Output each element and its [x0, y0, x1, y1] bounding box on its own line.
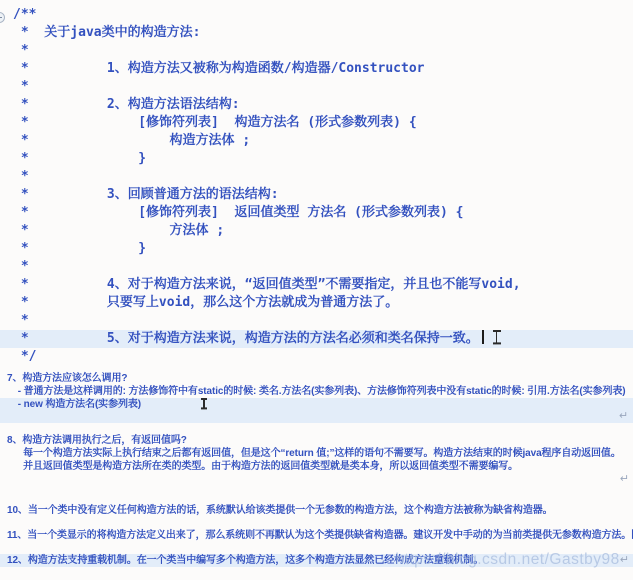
note-line-text: 10、当一个类中没有定义任何构造方法的话，系统默认给该类提供一个无参数的构造方法… [7, 505, 553, 516]
note-line-text: 并且返回值类型是构造方法所在类的类型。由于构造方法的返回值类型就是类本身，所以返… [7, 461, 518, 472]
comment-line[interactable]: /** [0, 6, 633, 24]
note-line[interactable]: 每一个构造方法实际上执行结束之后都有返回值，但是这个“return 值;”这样的… [0, 447, 633, 460]
comment-line[interactable]: * } [0, 240, 633, 258]
comment-line-text: * 构造方法体 ; [13, 133, 250, 148]
comment-line-text: * } [13, 241, 146, 256]
comment-line-text: * 方法体 ; [13, 223, 224, 238]
note-line-text: - 普通方法是这样调用的: 方法修饰符中有static的时候: 类名.方法名(实… [7, 386, 625, 397]
comment-line-text: * [13, 313, 29, 328]
comment-line[interactable]: * [0, 42, 633, 60]
comment-line[interactable]: * 4、对于构造方法来说，“返回值类型”不需要指定，并且也不能写void, [0, 276, 633, 294]
return-mark-icon: ↵ [620, 472, 629, 485]
comment-line-text: * [13, 79, 29, 94]
comment-line[interactable]: * [修饰符列表] 构造方法名 (形式参数列表) { [0, 114, 633, 132]
comment-line-text: * [修饰符列表] 返回值类型 方法名 (形式参数列表) { [13, 205, 464, 220]
comment-line[interactable]: * 方法体 ; [0, 222, 633, 240]
return-mark-icon: ↵ [619, 411, 628, 422]
ibeam-cursor [201, 398, 207, 409]
note-line[interactable]: 并且返回值类型是构造方法所在类的类型。由于构造方法的返回值类型就是类本身，所以返… [0, 460, 633, 473]
comment-line[interactable]: * 5、对于构造方法来说，构造方法的方法名必须和类名保持一致。 [0, 330, 633, 348]
comment-line[interactable]: * 关于java类中的构造方法: [0, 24, 633, 42]
code-editor: /** * 关于java类中的构造方法: * * 1、构造方法又被称为构造函数/… [0, 6, 633, 366]
comment-line-text: * 2、构造方法语法结构: [13, 97, 240, 112]
comment-line[interactable]: * 3、回顾普通方法的语法结构: [0, 186, 633, 204]
javadoc-comment-block: /** * 关于java类中的构造方法: * * 1、构造方法又被称为构造函数/… [0, 6, 633, 366]
comment-line-text: * 5、对于构造方法来说，构造方法的方法名必须和类名保持一致。 [13, 331, 479, 346]
comment-line[interactable]: * 构造方法体 ; [0, 132, 633, 150]
comment-line-text: * [13, 43, 29, 58]
note-line-text: 7、构造方法应该怎么调用? [7, 373, 127, 384]
comment-line-text: * 关于java类中的构造方法: [13, 25, 200, 40]
note-line[interactable]: 11、当一个类显示的将构造方法定义出来了，那么系统则不再默认为这个类提供缺省构造… [0, 529, 633, 542]
note-line[interactable]: 10、当一个类中没有定义任何构造方法的话，系统默认给该类提供一个无参数的构造方法… [0, 504, 633, 517]
note-line-text: - new 构造方法名(实参列表) [7, 399, 141, 410]
comment-line[interactable]: * [0, 168, 633, 186]
note-line[interactable]: 7、构造方法应该怎么调用? [0, 372, 633, 385]
note-line-text: 每一个构造方法实际上执行结束之后都有返回值，但是这个“return 值;”这样的… [7, 448, 621, 459]
note-line[interactable]: 8、构造方法调用执行之后，有返回值吗? [0, 434, 633, 447]
comment-line-text: * 3、回顾普通方法的语法结构: [13, 187, 279, 202]
comment-line-text: */ [13, 349, 36, 364]
csdn-watermark: https://blog.csdn.net/Gastby98↵ [395, 551, 629, 569]
note-line-text: 11、当一个类显示的将构造方法定义出来了，那么系统则不再默认为这个类提供缺省构造… [7, 530, 633, 541]
comment-line[interactable]: * } [0, 150, 633, 168]
comment-line[interactable]: * 1、构造方法又被称为构造函数/构造器/Constructor [0, 60, 633, 78]
return-mark-icon: ↵ [620, 554, 629, 566]
comment-line[interactable]: * [0, 78, 633, 96]
comment-line-text: * [13, 169, 29, 184]
comment-line[interactable]: * 只要写上void，那么这个方法就成为普通方法了。 [0, 294, 633, 312]
text-caret [482, 330, 484, 344]
note-section: 11、当一个类显示的将构造方法定义出来了，那么系统则不再默认为这个类提供缺省构造… [0, 529, 633, 542]
comment-line-text: /** [13, 7, 36, 22]
comment-line[interactable]: */ [0, 348, 633, 366]
comment-line-text: * } [13, 151, 146, 166]
comment-line[interactable]: * [修饰符列表] 返回值类型 方法名 (形式参数列表) { [0, 204, 633, 222]
comment-line[interactable]: * [0, 312, 633, 330]
comment-line-text: * [修饰符列表] 构造方法名 (形式参数列表) { [13, 115, 417, 130]
note-section: 8、构造方法调用执行之后，有返回值吗? 每一个构造方法实际上执行结束之后都有返回… [0, 434, 633, 473]
note-section: 7、构造方法应该怎么调用? - 普通方法是这样调用的: 方法修饰符中有stati… [0, 372, 633, 423]
note-section: 10、当一个类中没有定义任何构造方法的话，系统默认给该类提供一个无参数的构造方法… [0, 504, 633, 517]
comment-line-text: * 1、构造方法又被称为构造函数/构造器/Constructor [13, 61, 425, 76]
note-line[interactable]: - 普通方法是这样调用的: 方法修饰符中有static的时候: 类名.方法名(实… [0, 385, 633, 398]
comment-line-text: * 只要写上void，那么这个方法就成为普通方法了。 [13, 295, 398, 310]
note-line[interactable]: - new 构造方法名(实参列表)↵ [0, 398, 633, 423]
watermark-text: https://blog.csdn.net/Gastby98 [395, 551, 619, 568]
comment-line-text: * [13, 259, 29, 274]
comment-line[interactable]: * [0, 258, 633, 276]
ibeam-cursor [493, 330, 501, 344]
comment-line[interactable]: * 2、构造方法语法结构: [0, 96, 633, 114]
comment-line-text: * 4、对于构造方法来说，“返回值类型”不需要指定，并且也不能写void, [13, 277, 521, 292]
notes-area: 7、构造方法应该怎么调用? - 普通方法是这样调用的: 方法修饰符中有stati… [0, 372, 633, 567]
note-line-text: 8、构造方法调用执行之后，有返回值吗? [7, 435, 187, 446]
